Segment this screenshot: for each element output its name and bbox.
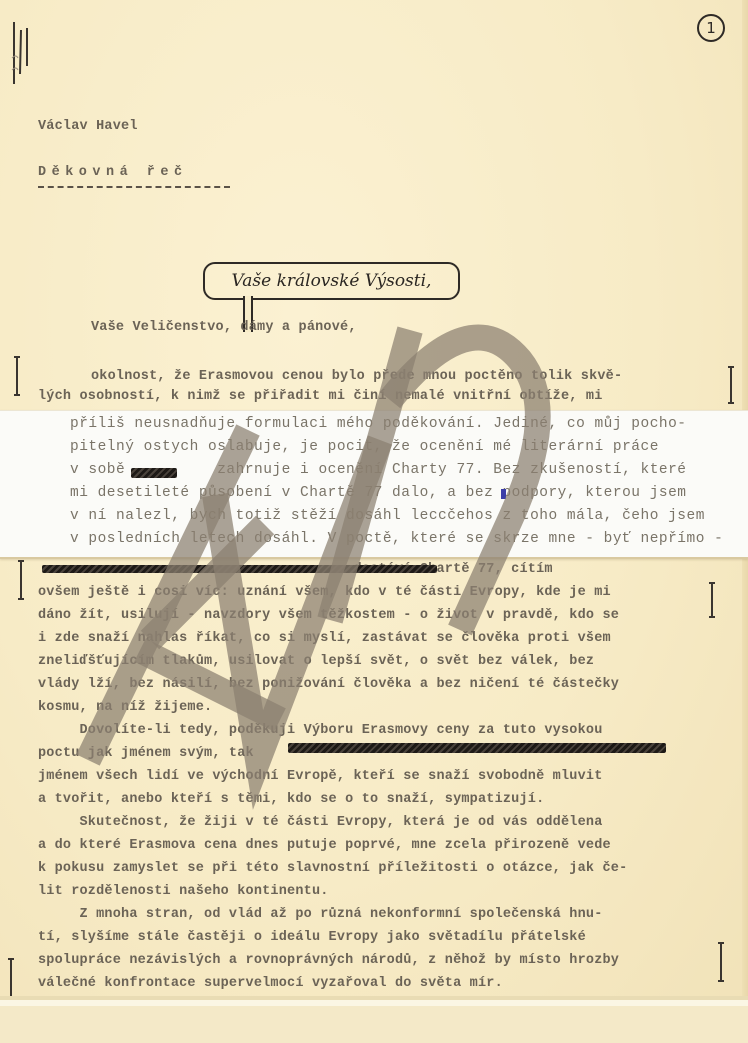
handwritten-insertion-bubble: Vaše královské Výsosti, (203, 262, 460, 300)
strip-line: mi desetileté působení v Chartě 77 dalo,… (70, 483, 687, 503)
text-line: spolupráce nezávislých a rovnoprávných n… (38, 951, 619, 971)
text-line: jménem všech lidí ve východní Evropě, kt… (38, 767, 603, 787)
page-number-circle: 1 (697, 14, 725, 42)
text-line: Dovolíte-li tedy, poděkuji Výboru Erasmo… (38, 721, 603, 741)
strip-line: pitelný ostych oslabuje, je pocit, že oc… (70, 437, 659, 457)
text-line: a tvořit, anebo kteří s těmi, kdo se o t… (38, 790, 544, 810)
text-line: okolnost, že Erasmovou cenou bylo přede … (91, 367, 622, 387)
text-line: a do které Erasmova cena dnes putuje pop… (38, 836, 611, 856)
margin-mark-right (720, 942, 722, 982)
margin-mark-right (711, 582, 713, 618)
text-line: lit rozdělenosti našeho kontinentu. (38, 882, 329, 902)
strip-line: v posledních letech dosáhl. V poctě, kte… (70, 529, 723, 549)
text-line: ovšem ještě i cosi víc: uznání všem, kdo… (38, 583, 611, 603)
text-line: i zde snaží nahlas říkat, co si myslí, z… (38, 629, 611, 649)
text-line: válečné konfrontace supervelmocí vyzařov… (38, 974, 503, 994)
text-line: Z mnoha stran, od vlád až po různá nekon… (38, 905, 603, 925)
author-name: Václav Havel (38, 117, 138, 137)
strikethrough-scribble (288, 743, 666, 753)
margin-mark-right (730, 366, 732, 404)
text-line: Skutečnost, že žiji v té části Evropy, k… (38, 813, 603, 833)
strip-line: v ní nalezl, bych totiž stěží dosáhl lec… (70, 506, 705, 526)
margin-mark-left (20, 560, 22, 600)
margin-mark-left (16, 356, 18, 396)
document-title: Děkovná řeč (38, 163, 188, 183)
strikethrough-scribble (42, 565, 437, 573)
redaction-bar (131, 468, 177, 478)
strip-line: příliš neusnadňuje formulaci mého poděko… (70, 414, 687, 434)
text-line: kosmu, na níž žijeme. (38, 698, 212, 718)
binder-marks-icon (10, 18, 40, 88)
text-line: zneliďšťujícím tlakům, usilovat o lepší … (38, 652, 594, 672)
next-sheet-edge (0, 1000, 748, 1043)
margin-mark-left (10, 958, 12, 998)
text-line: poctu jak jménem svým, tak (38, 744, 254, 764)
blue-correction-mark (501, 489, 506, 499)
text-line: dáno žít, usilují - navzdory všem těžkos… (38, 606, 619, 626)
text-line: k pokusu zamyslet se při této slavnostní… (38, 859, 627, 879)
text-line: lých osobností, k nimž se přiřadit mi či… (38, 387, 603, 407)
text-line: vlády lží, bez násilí, bez ponižování čl… (38, 675, 619, 695)
text-line: tí, slyšíme stále častěji o ideálu Evrop… (38, 928, 586, 948)
salutation: Vaše Veličenstvo, dámy a pánové, (91, 318, 357, 338)
title-underline (38, 184, 230, 188)
